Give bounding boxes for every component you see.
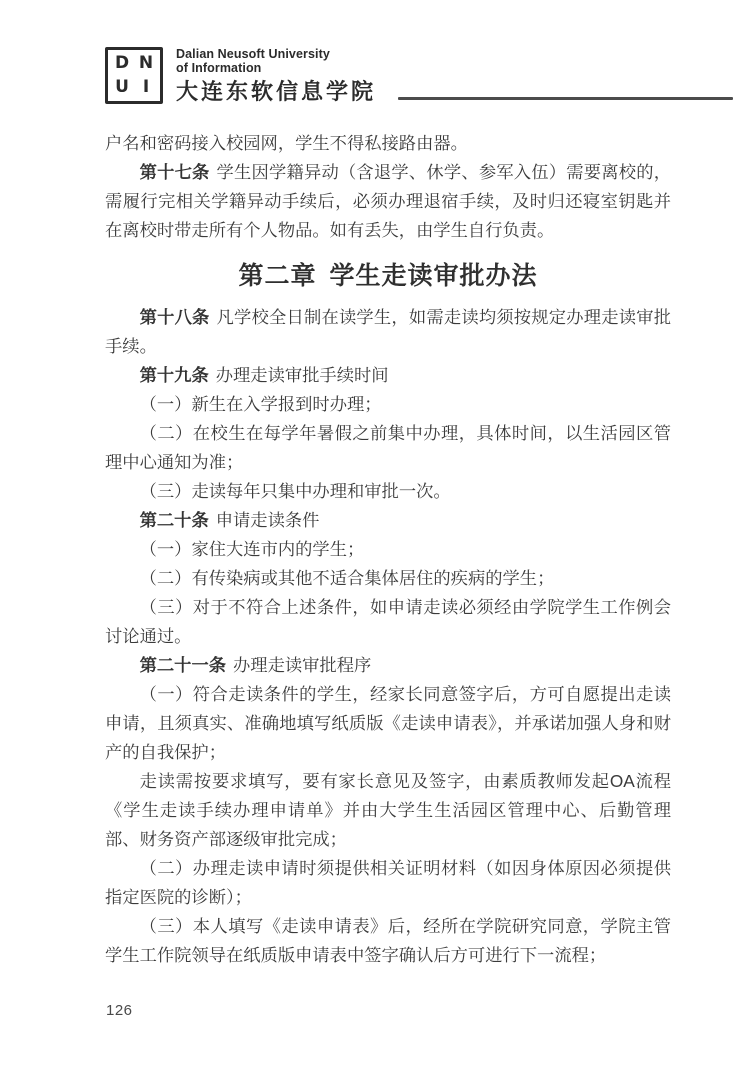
- logo-letter: D: [115, 55, 129, 72]
- university-name-en: Dalian Neusoft University of Information: [176, 47, 376, 75]
- document-body: 户名和密码接入校园网，学生不得私接路由器。 第十七条学生因学籍异动（含退学、休学…: [105, 129, 671, 970]
- university-name-en-line2: of Information: [176, 61, 376, 75]
- paragraph-text: （三）走读每年只集中办理和审批一次。: [140, 481, 451, 501]
- article-number-label: 第十八条: [140, 307, 210, 327]
- paragraph-text: （一）符合走读条件的学生，经家长同意签字后，方可自愿提出走读申请，且须真实、准确…: [105, 684, 671, 762]
- list-item-paragraph: （一）符合走读条件的学生，经家长同意签字后，方可自愿提出走读申请，且须真实、准确…: [105, 680, 671, 767]
- chapter-heading: 第二章 学生走读审批办法: [105, 258, 671, 294]
- logo-letter: U: [115, 79, 129, 96]
- article-20-paragraph: 第二十条申请走读条件: [105, 506, 671, 535]
- article-number-label: 第二十一条: [140, 655, 226, 675]
- paragraph-text: （三）本人填写《走读申请表》后，经所在学院研究同意，学院主管学生工作院领导在纸质…: [105, 916, 671, 965]
- article-21-paragraph: 第二十一条办理走读审批程序: [105, 651, 671, 680]
- paragraph-text: （一）家住大连市内的学生；: [140, 539, 365, 559]
- paragraph-text: （一）新生在入学报到时办理；: [140, 394, 382, 414]
- header-rule: [398, 97, 733, 100]
- article-19-paragraph: 第十九条办理走读审批手续时间: [105, 361, 671, 390]
- article-number-label: 第二十条: [140, 510, 209, 530]
- list-item-paragraph: （二）办理走读申请时须提供相关证明材料（如因身体原因必须提供指定医院的诊断）；: [105, 854, 671, 912]
- article-number-label: 第十七条: [140, 162, 210, 182]
- logo-letter: I: [143, 79, 149, 96]
- document-page: D N U I Dalian Neusoft University of Inf…: [0, 0, 750, 1086]
- paragraph-text: （二）办理走读申请时须提供相关证明材料（如因身体原因必须提供指定医院的诊断）；: [105, 858, 671, 907]
- list-item-paragraph: （三）走读每年只集中办理和审批一次。: [105, 477, 671, 506]
- list-item-paragraph: （三）本人填写《走读申请表》后，经所在学院研究同意，学院主管学生工作院领导在纸质…: [105, 912, 671, 970]
- paragraph-text: 办理走读审批手续时间: [216, 365, 389, 385]
- list-item-paragraph: （一）新生在入学报到时办理；: [105, 390, 671, 419]
- list-item-paragraph: （二）在校生在每学年暑假之前集中办理，具体时间，以生活园区管理中心通知为准；: [105, 419, 671, 477]
- body-paragraph: 走读需按要求填写，要有家长意见及签字，由素质教师发起OA流程《学生走读手续办理申…: [105, 767, 671, 854]
- article-17-paragraph: 第十七条学生因学籍异动（含退学、休学、参军入伍）需要离校的，需履行完相关学籍异动…: [105, 158, 671, 245]
- list-item-paragraph: （一）家住大连市内的学生；: [105, 535, 671, 564]
- list-item-paragraph: （二）有传染病或其他不适合集体居住的疾病的学生；: [105, 564, 671, 593]
- paragraph-text: （二）有传染病或其他不适合集体居住的疾病的学生；: [140, 568, 555, 588]
- header: D N U I Dalian Neusoft University of Inf…: [105, 47, 733, 104]
- paragraph-text: 办理走读审批程序: [233, 655, 371, 675]
- article-number-label: 第十九条: [140, 365, 209, 385]
- paragraph-text: 户名和密码接入校园网，学生不得私接路由器。: [105, 133, 468, 153]
- paragraph-continuation: 户名和密码接入校园网，学生不得私接路由器。: [105, 129, 671, 158]
- paragraph-text: 走读需按要求填写，要有家长意见及签字，由素质教师发起OA流程《学生走读手续办理申…: [105, 771, 671, 849]
- page-number: 126: [106, 1002, 133, 1019]
- university-logo: D N U I: [105, 47, 163, 104]
- paragraph-text: 申请走读条件: [216, 510, 320, 530]
- article-18-paragraph: 第十八条凡学校全日制在读学生，如需走读均须按规定办理走读审批手续。: [105, 303, 671, 361]
- page-footer: 126: [106, 1002, 133, 1019]
- university-name: Dalian Neusoft University of Information…: [176, 47, 376, 104]
- list-item-paragraph: （三）对于不符合上述条件，如申请走读必须经由学院学生工作例会讨论通过。: [105, 593, 671, 651]
- paragraph-text: （三）对于不符合上述条件，如申请走读必须经由学院学生工作例会讨论通过。: [105, 597, 671, 646]
- paragraph-text: （二）在校生在每学年暑假之前集中办理，具体时间，以生活园区管理中心通知为准；: [105, 423, 671, 472]
- logo-letter: N: [139, 55, 153, 72]
- university-name-en-line1: Dalian Neusoft University: [176, 47, 376, 61]
- university-name-zh: 大连东软信息学院: [176, 79, 376, 104]
